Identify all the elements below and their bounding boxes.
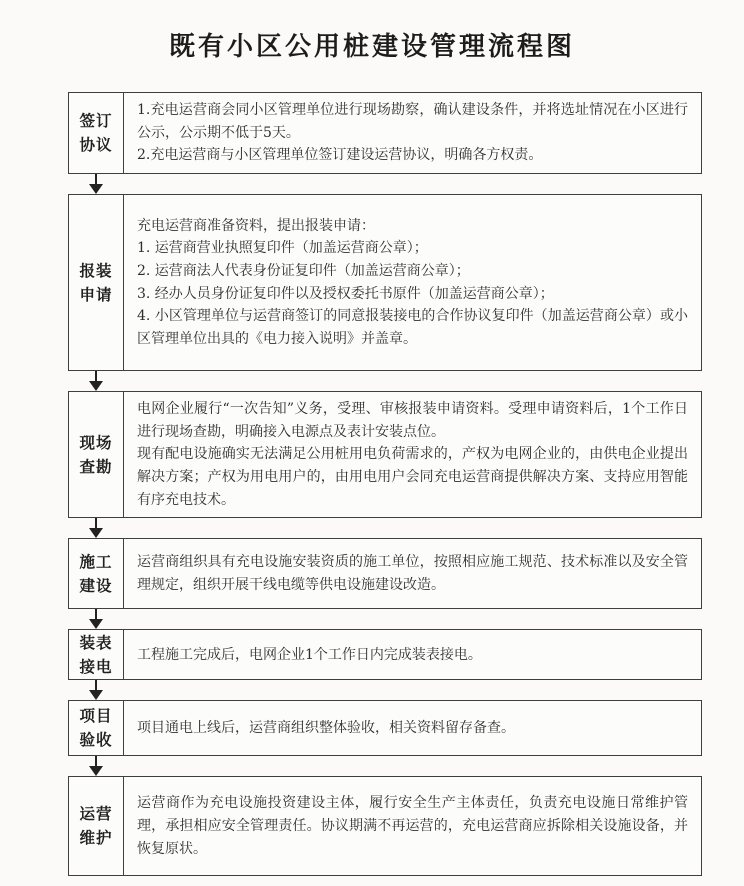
flowchart-document: 既有小区公用桩建设管理流程图 签订 协议 1.充电运营商会同小区管理单位进行现场…	[0, 0, 744, 886]
step-label-line: 现场	[79, 431, 112, 455]
flow-arrow-down-icon	[68, 609, 702, 629]
step-paragraph: 2. 运营商法人代表身份证复印件（加盖运营商公章）；	[137, 260, 688, 283]
step-paragraph: 1.充电运营商会同小区管理单位进行现场勘察，确认建设条件，并将选址情况在小区进行…	[137, 99, 688, 144]
step-label-line: 接电	[79, 655, 112, 679]
flow-arrow-down-icon	[68, 680, 702, 700]
step-paragraph: 充电运营商准备资料，提出报装申请：	[137, 215, 688, 238]
step-label-line: 维护	[79, 826, 112, 850]
flow-step-operation-maintenance: 运营 维护 运营商作为充电设施投资建设主体，履行安全生产主体责任，负责充电设施日…	[68, 776, 702, 876]
flow-step-installation-application: 报装 申请 充电运营商准备资料，提出报装申请： 1. 运营商营业执照复印件（加盖…	[68, 194, 702, 371]
flow-step-site-survey: 现场 查勘 电网企业履行“一次告知”义务，受理、审核报装申请资料。受理申请资料后…	[68, 391, 702, 518]
step-paragraph: 3. 经办人员身份证复印件以及授权委托书原件（加盖运营商公章）；	[137, 283, 688, 306]
step-paragraph: 电网企业履行“一次告知”义务，受理、审核报装申请资料。受理申请资料后，1个工作日…	[137, 398, 688, 443]
step-content: 电网企业履行“一次告知”义务，受理、审核报装申请资料。受理申请资料后，1个工作日…	[124, 392, 701, 517]
step-label-line: 项目	[79, 704, 112, 728]
step-label: 报装 申请	[69, 195, 124, 370]
step-content: 运营商组织具有充电设施安装资质的施工单位，按照相应施工规范、技术标准以及安全管理…	[124, 539, 701, 608]
step-paragraph: 项目通电上线后，运营商组织整体验收，相关资料留存备查。	[137, 717, 688, 740]
step-label: 运营 维护	[69, 777, 124, 875]
step-paragraph: 现有配电设施确实无法满足公用桩用电负荷需求的，产权为电网企业的，由供电企业提出解…	[137, 443, 688, 511]
step-label: 现场 查勘	[69, 392, 124, 517]
step-label-line: 施工	[79, 550, 112, 574]
step-content: 运营商作为充电设施投资建设主体，履行安全生产主体责任，负责充电设施日常维护管理，…	[124, 777, 701, 875]
step-content: 工程施工完成后，电网企业1个工作日内完成装表接电。	[124, 630, 701, 679]
flow-step-project-acceptance: 项目 验收 项目通电上线后，运营商组织整体验收，相关资料留存备查。	[68, 700, 702, 756]
step-label-line: 装表	[79, 631, 112, 655]
step-paragraph: 2.充电运营商与小区管理单位签订建设运营协议，明确各方权责。	[137, 144, 688, 167]
page-title: 既有小区公用桩建设管理流程图	[0, 26, 744, 63]
arrow-head	[89, 184, 103, 194]
step-label-line: 运营	[79, 802, 112, 826]
arrow-head	[89, 381, 103, 391]
flow-step-meter-connection: 装表 接电 工程施工完成后，电网企业1个工作日内完成装表接电。	[68, 629, 702, 680]
step-label-line: 报装	[79, 259, 112, 283]
step-label-line: 验收	[79, 728, 112, 752]
flow-arrow-down-icon	[68, 174, 702, 194]
step-label-line: 查勘	[79, 455, 112, 479]
step-paragraph: 1. 运营商营业执照复印件（加盖运营商公章）；	[137, 237, 688, 260]
step-content: 充电运营商准备资料，提出报装申请： 1. 运营商营业执照复印件（加盖运营商公章）…	[124, 195, 701, 370]
step-label: 施工 建设	[69, 539, 124, 608]
step-label: 项目 验收	[69, 701, 124, 755]
step-paragraph: 工程施工完成后，电网企业1个工作日内完成装表接电。	[137, 644, 688, 667]
flow-arrow-down-icon	[68, 371, 702, 391]
arrow-head	[89, 766, 103, 776]
step-paragraph: 4. 小区管理单位与运营商签订的同意报装接电的合作协议复印件（加盖运营商公章）或…	[137, 305, 688, 350]
step-label-line: 申请	[79, 283, 112, 307]
step-label-line: 建设	[79, 574, 112, 598]
step-label: 装表 接电	[69, 630, 124, 679]
step-paragraph: 运营商组织具有充电设施安装资质的施工单位，按照相应施工规范、技术标准以及安全管理…	[137, 551, 688, 596]
flow-step-sign-agreement: 签订 协议 1.充电运营商会同小区管理单位进行现场勘察，确认建设条件，并将选址情…	[68, 92, 702, 174]
arrow-head	[89, 619, 103, 629]
flow-step-construction: 施工 建设 运营商组织具有充电设施安装资质的施工单位，按照相应施工规范、技术标准…	[68, 538, 702, 609]
step-label-line: 协议	[79, 133, 112, 157]
step-label: 签订 协议	[69, 93, 124, 173]
step-paragraph: 运营商作为充电设施投资建设主体，履行安全生产主体责任，负责充电设施日常维护管理，…	[137, 792, 688, 860]
step-label-line: 签订	[79, 109, 112, 133]
flowchart: 签订 协议 1.充电运营商会同小区管理单位进行现场勘察，确认建设条件，并将选址情…	[68, 92, 702, 876]
step-content: 项目通电上线后，运营商组织整体验收，相关资料留存备查。	[124, 701, 701, 755]
flow-arrow-down-icon	[68, 518, 702, 538]
arrow-head	[89, 690, 103, 700]
flow-arrow-down-icon	[68, 756, 702, 776]
step-content: 1.充电运营商会同小区管理单位进行现场勘察，确认建设条件，并将选址情况在小区进行…	[124, 93, 701, 173]
arrow-head	[89, 528, 103, 538]
